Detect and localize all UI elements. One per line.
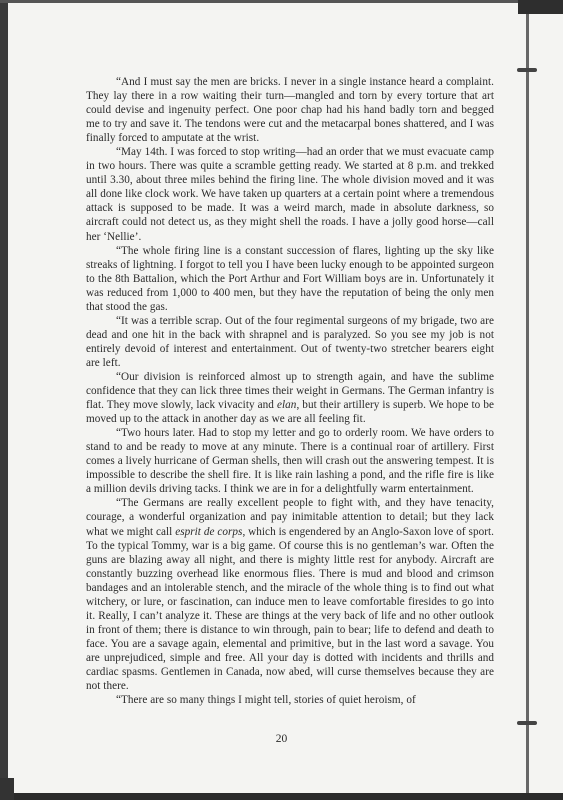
paragraph: “And I must say the men are bricks. I ne…	[86, 75, 494, 145]
scan-binding-mark	[517, 721, 537, 725]
paragraph: “May 14th. I was forced to stop writing—…	[86, 145, 494, 243]
paragraph: “Our division is reinforced almost up to…	[86, 370, 494, 426]
page-number: 20	[0, 733, 563, 745]
paragraph-text: , which is engendered by an Anglo-Saxon …	[86, 526, 494, 693]
scan-binding-mark	[517, 68, 537, 72]
scan-corner-bottom-left	[0, 778, 14, 800]
page-body: “And I must say the men are bricks. I ne…	[86, 75, 494, 707]
scan-border-left	[0, 0, 8, 800]
scan-corner-top-right	[518, 0, 563, 14]
italic-term: elan	[277, 399, 296, 411]
paragraph: “Two hours later. Had to stop my letter …	[86, 426, 494, 496]
italic-term: esprit de corps	[175, 526, 242, 538]
scan-binding-line	[526, 14, 529, 794]
scan-border-bottom	[0, 793, 563, 800]
paragraph: “The Germans are really excellent people…	[86, 496, 494, 693]
scan-border-top	[0, 0, 563, 3]
paragraph: “It was a terrible scrap. Out of the fou…	[86, 314, 494, 370]
paragraph: “There are so many things I might tell, …	[86, 693, 494, 707]
paragraph: “The whole firing line is a constant suc…	[86, 244, 494, 314]
